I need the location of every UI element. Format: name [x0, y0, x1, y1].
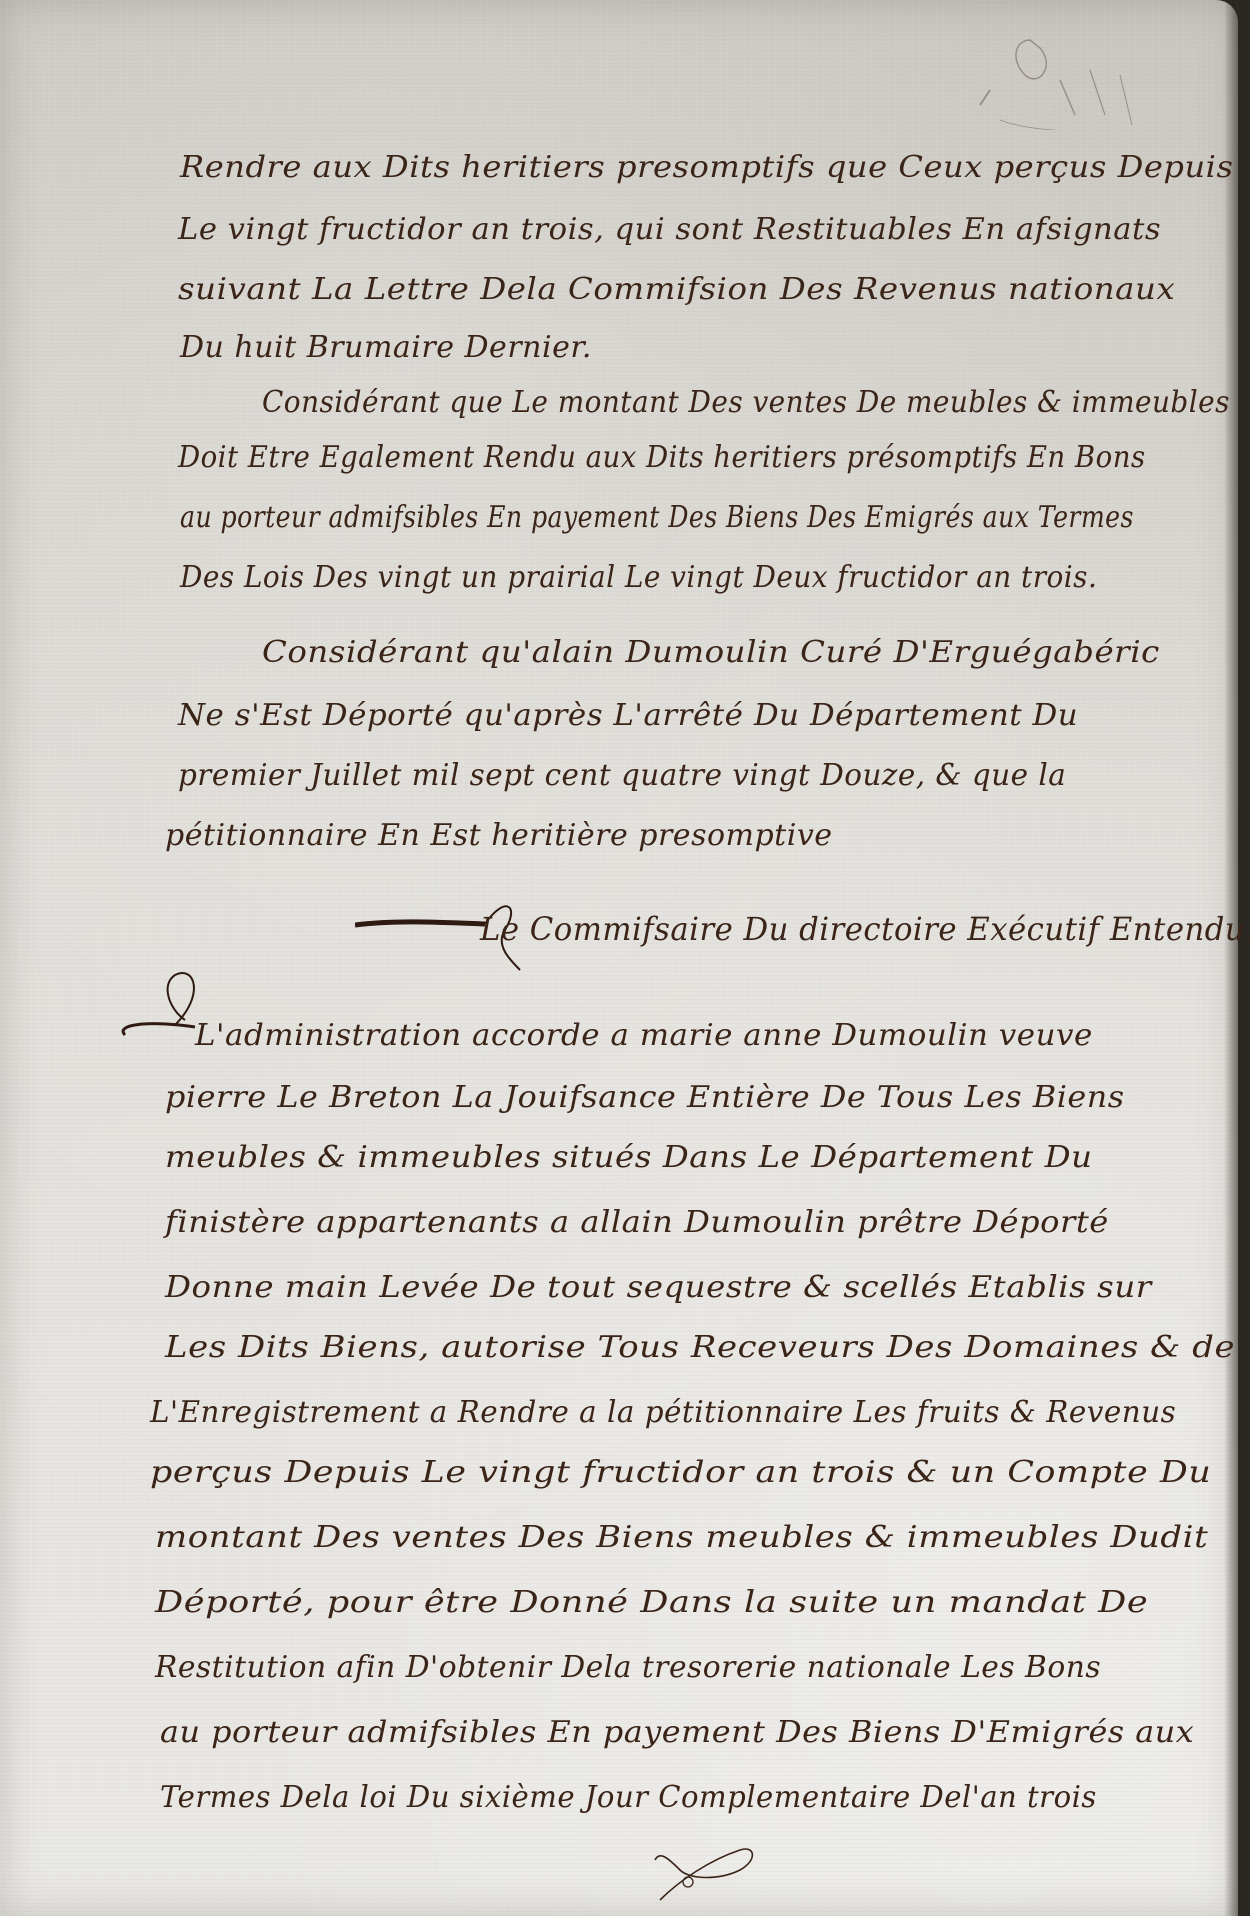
- text-line-9: Considérant qu'alain Dumoulin Curé D'Erg…: [262, 635, 1160, 670]
- text-line-25: au porteur admifsibles En payement Des B…: [160, 1715, 1194, 1750]
- text-line-15: pierre Le Breton La Jouifsance Entière D…: [165, 1080, 1125, 1115]
- text-line-3: suivant La Lettre Dela Commifsion Des Re…: [178, 272, 1175, 307]
- text-line-20: L'Enregistrement a Rendre a la pétitionn…: [150, 1395, 1176, 1430]
- text-line-5: Considérant que Le montant Des ventes De…: [262, 385, 1230, 420]
- text-line-24: Restitution afin D'obtenir Dela tresorer…: [155, 1650, 1101, 1685]
- embossed-stamp-mark: [880, 20, 1140, 130]
- text-line-18: Donne main Levée De tout sequestre & sce…: [165, 1270, 1152, 1305]
- text-line-16: meubles & immeubles situés Dans Le Dépar…: [165, 1140, 1093, 1175]
- text-line-6: Doit Etre Egalement Rendu aux Dits herit…: [178, 440, 1146, 475]
- manuscript-page: Rendre aux Dits heritiers presomptifs qu…: [0, 0, 1238, 1916]
- text-line-17: finistère appartenants a allain Dumoulin…: [165, 1205, 1109, 1240]
- text-line-12: pétitionnaire En Est heritière presompti…: [165, 818, 833, 853]
- text-line-14: L'administration accorde a marie anne Du…: [195, 1018, 1093, 1053]
- text-line-23: Déporté, pour être Donné Dans la suite u…: [155, 1585, 1148, 1620]
- text-line-21: perçus Depuis Le vingt fructidor an troi…: [150, 1455, 1211, 1490]
- text-line-10: Ne s'Est Déporté qu'après L'arrêté Du Dé…: [178, 698, 1078, 733]
- paraph-signature-mark: [640, 1840, 760, 1910]
- text-line-2: Le vingt fructidor an trois, qui sont Re…: [178, 212, 1161, 247]
- text-line-1: Rendre aux Dits heritiers presomptifs qu…: [180, 150, 1233, 185]
- page-edge-shadow: [1224, 0, 1238, 1916]
- text-line-11: premier Juillet mil sept cent quatre vin…: [178, 758, 1066, 793]
- text-line-8: Des Lois Des vingt un prairial Le vingt …: [180, 560, 1097, 595]
- text-line-26: Termes Dela loi Du sixième Jour Compleme…: [160, 1780, 1097, 1815]
- text-line-19: Les Dits Biens, autorise Tous Receveurs …: [165, 1330, 1235, 1365]
- text-line-4: Du huit Brumaire Dernier.: [180, 330, 592, 365]
- heading-commissaire: Le Commifsaire Du directoire Exécutif En…: [480, 910, 1250, 948]
- text-line-22: montant Des ventes Des Biens meubles & i…: [155, 1520, 1208, 1555]
- text-line-7: au porteur admifsibles En payement Des B…: [180, 500, 1134, 535]
